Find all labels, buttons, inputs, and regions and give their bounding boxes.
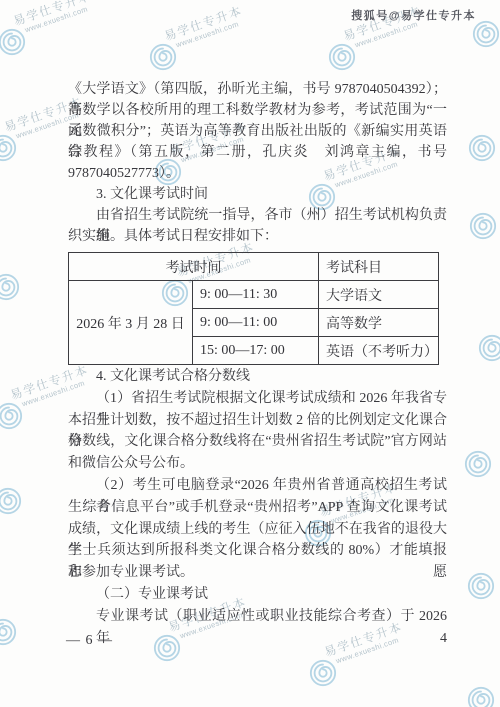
text-line: 9787040527773）。	[68, 163, 447, 184]
body-text-upper: 《大学语文》（第四版，孙昕光主编，书号 9787040504392）；高等数学以…	[68, 79, 447, 247]
watermark-brand-text: 易学仕专升本	[162, 0, 281, 44]
spiral-logo-icon	[0, 487, 22, 515]
text-line: 4. 文化课考试合格分数线	[68, 366, 447, 388]
text-line: 成绩，文化课成绩上线的考生（应征入伍地不在我省的退役大学	[68, 519, 447, 541]
text-line: 和微信公众号公布。	[68, 453, 447, 475]
table-header-time: 考试时间	[69, 253, 319, 281]
table-header-subject: 考试科目	[319, 253, 439, 281]
text-line: 《大学语文》（第四版，孙昕光主编，书号 9787040504392）；高	[68, 79, 447, 100]
exam-time-cell: 15: 00—17: 00	[193, 337, 319, 365]
text-line: 专业课考试（职业适应性或职业技能综合考查）于 2026 年 4	[68, 606, 447, 628]
text-line: 分数线，文化课合格分数线将在“贵州省招生考试院”官方网站	[68, 431, 447, 453]
spiral-logo-icon	[0, 134, 17, 162]
text-line: （1）省招生考试院根据文化课考试成绩和 2026 年我省专升	[68, 388, 447, 410]
spiral-logo-icon	[0, 402, 23, 430]
text-line: 本招生计划数，按不超过招生计划数 2 倍的比例划定文化课合格	[68, 410, 447, 432]
header-attribution: 搜狐号@易学仕专升本	[351, 7, 476, 23]
spiral-logo-icon	[469, 212, 497, 240]
document-page: 易学仕专升本www.exueshi.com易学仕专升本www.exueshi.c…	[0, 0, 500, 707]
spiral-logo-icon	[0, 28, 26, 56]
spiral-logo-icon	[472, 20, 500, 48]
spiral-logo-icon	[467, 572, 495, 600]
spiral-logo-icon	[0, 618, 17, 646]
watermark-url-text: www.exueshi.com	[24, 0, 133, 34]
exam-time-cell: 9: 00—11: 00	[193, 309, 319, 337]
exam-subject-cell: 高等数学	[319, 309, 439, 337]
text-line: 3. 文化课考试时间	[68, 184, 447, 205]
spiral-logo-icon	[328, 43, 356, 71]
spiral-logo-icon	[467, 686, 495, 707]
spiral-logo-icon	[309, 659, 337, 687]
spiral-logo-icon	[478, 334, 500, 362]
text-line: 合教程》（第五版，第二册，孔庆炎 刘鸿章主编，书号	[68, 142, 447, 163]
exam-time-cell: 9: 00—11: 30	[193, 281, 319, 309]
text-line: 函数微积分”；英语为高等教育出版社出版的《新编实用英语综	[68, 121, 447, 142]
body-text-lower: 4. 文化课考试合格分数线（1）省招生考试院根据文化课考试成绩和 2026 年我…	[68, 366, 447, 628]
spiral-logo-icon	[468, 134, 496, 162]
text-line: 织实施。具体考试日程安排如下：	[68, 226, 447, 247]
watermark-url-text: www.exueshi.com	[175, 4, 284, 49]
watermark-brand-text: 易学仕专升本	[11, 0, 130, 29]
text-line: 生士兵须达到所报科类文化课合格分数线的 80%）才能填报志愿	[68, 540, 447, 562]
text-line: 等数学以各校所用的理工科数学教材为参考，考试范围为“一元	[68, 100, 447, 121]
text-line: （二）专业课考试	[68, 584, 447, 606]
spiral-logo-icon	[464, 450, 492, 478]
spiral-logo-icon	[0, 273, 20, 301]
spiral-logo-icon	[149, 43, 177, 71]
exam-subject-cell: 英语（不考听力）	[319, 337, 439, 365]
exam-schedule-table: 考试时间 考试科目 2026 年 3 月 28 日 9: 00—11: 30 大…	[68, 252, 439, 365]
text-line: 生综合信息平台”或手机登录“贵州招考”APP 查询文化课考试	[68, 497, 447, 519]
table-header-row: 考试时间 考试科目	[69, 253, 439, 281]
exam-date-cell: 2026 年 3 月 28 日	[69, 281, 193, 365]
exam-subject-cell: 大学语文	[319, 281, 439, 309]
table-row: 2026 年 3 月 28 日 9: 00—11: 30 大学语文	[69, 281, 439, 309]
page-number: — 6 —	[66, 633, 113, 649]
text-line: （2）考生可电脑登录“2026 年贵州省普通高校招生考试考	[68, 475, 447, 497]
text-line: 由省招生考试院统一指导，各市（州）招生考试机构负责组	[68, 205, 447, 226]
